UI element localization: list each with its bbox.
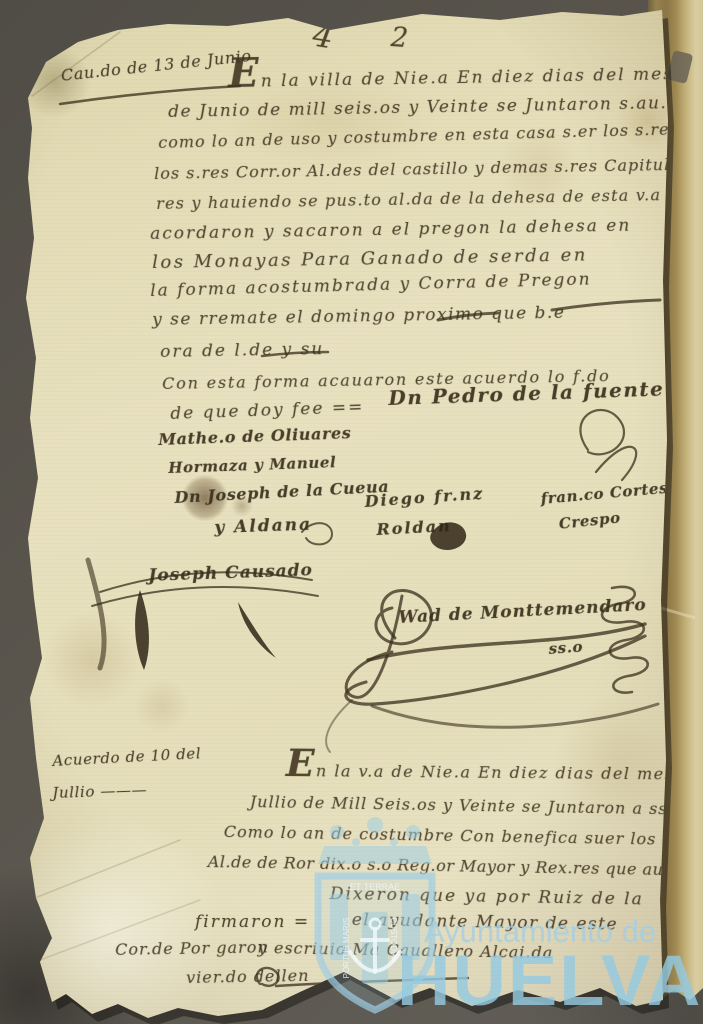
notary-rubric-loop	[346, 596, 402, 697]
handwriting-line: Cor.de Por garon	[115, 937, 269, 959]
handwriting-line: Jullio de Mill Seis.os y Veinte se Junta…	[250, 792, 692, 819]
heavy-ink-stroke	[238, 602, 276, 658]
handwriting-line: Como lo an de costumbre Con benefica sue…	[224, 822, 703, 849]
dash-stroke	[552, 300, 660, 310]
signature: Dn Joseph de la Cueua	[174, 477, 390, 507]
signature: fran.co Cortes	[540, 479, 669, 508]
notary-rubric-sweep	[368, 624, 645, 660]
notary-rubric-sweep	[346, 636, 645, 704]
handwriting-line: la forma acostumbrada y Corra de Pregon	[150, 269, 592, 301]
signature: Roldan	[376, 516, 452, 539]
folio-mark: 2	[390, 22, 410, 54]
handwriting-line: Dixeron que ya por Ruiz de la	[330, 884, 644, 909]
handwriting-line: ora de l.de y su	[160, 339, 324, 362]
handwriting-line: Al.de de Ror dix.o s.o Reg.or Mayor y Re…	[208, 852, 690, 879]
handwriting-line: los Monayas Para Ganado de serda en	[152, 244, 588, 273]
heavy-ink-stroke	[135, 590, 149, 670]
notary-rubric-sweep	[372, 704, 658, 727]
heavy-descender	[88, 560, 104, 668]
handwriting-line: En la villa de Nie.a En diez dias del me…	[228, 54, 674, 92]
handwriting-line: los s.res Corr.or Al.des del castillo y …	[154, 155, 681, 183]
handwriting-line: res y hauiendo se pus.to al.da de la deh…	[156, 185, 661, 213]
handwriting-line: y escriuio Ma Cauallero Alcai.da	[258, 938, 554, 962]
signature: Hormaza y Manuel	[168, 453, 337, 477]
signature: Mathe.o de Oliuares	[158, 423, 352, 449]
handwriting-line: y se rremate el domingo proximo que b.e	[152, 303, 566, 330]
handwriting-line: de Junio de mill seis.os y Veinte se Jun…	[168, 93, 687, 122]
notary-signature-suffix: ss.o	[548, 638, 584, 658]
pedro-rubric-flourish	[596, 447, 636, 480]
handwriting-line: de que doy fee ==	[170, 397, 365, 424]
paper-crease-line	[30, 840, 180, 900]
signature: Joseph Causado	[148, 560, 313, 586]
archive-photo: 4 2 Cau.do de 13 de Junio En la villa de…	[0, 0, 703, 1024]
notary-rubric-tail	[326, 700, 352, 752]
margin-note: Acuerdo de 10 del	[52, 744, 202, 770]
handwriting-line: el ayudante Mayor de este	[352, 910, 619, 935]
causado-flourish	[92, 587, 318, 606]
margin-note: Jullio ———	[52, 781, 147, 802]
handwriting-line: acordaron y sacaron a el pregon la dehes…	[150, 216, 631, 244]
signature: y Aldana	[214, 515, 312, 538]
handwriting-line: firmaron =	[195, 912, 310, 932]
margin-note: Cau.do de 13 de Junio	[60, 46, 252, 85]
folio-page: 4 2 Cau.do de 13 de Junio En la villa de…	[0, 0, 703, 1024]
folio-mark: 4	[310, 16, 337, 57]
handwriting-line: En la v.a de Nie.a En diez dias del mes …	[286, 752, 703, 784]
handwriting-line: como lo an de uso y costumbre en esta ca…	[158, 119, 679, 152]
handwriting-line: vier.do dellen	[186, 966, 310, 987]
notary-signature: Wad de Monttemendaro	[398, 595, 647, 628]
signature: Crespo	[558, 509, 621, 533]
pedro-rubric-flourish	[580, 410, 624, 454]
